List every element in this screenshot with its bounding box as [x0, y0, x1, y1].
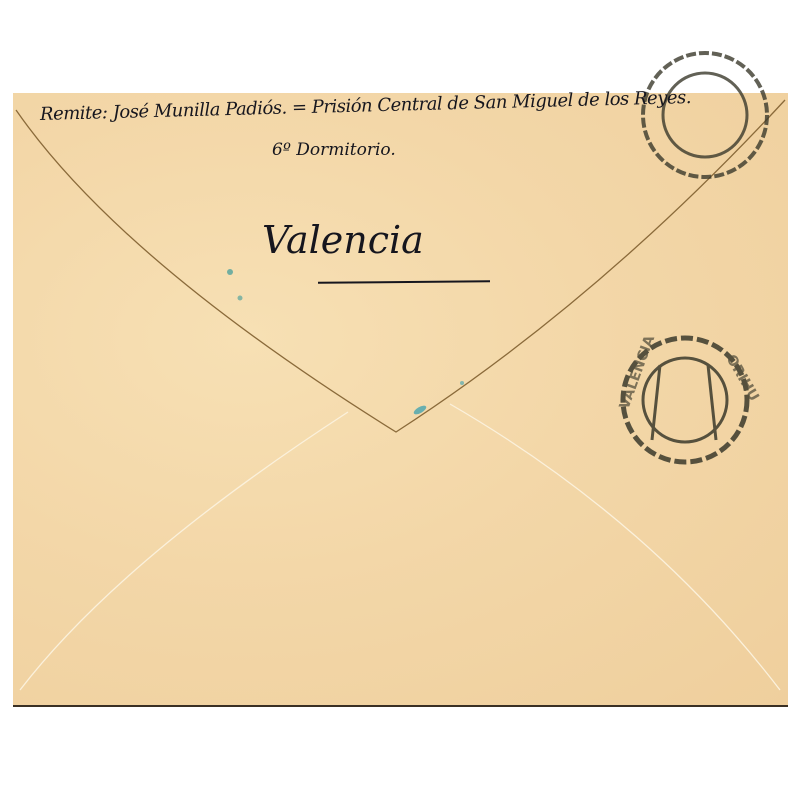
svg-text:ORIHU: ORIHU	[723, 352, 762, 404]
postmark-top-right	[643, 53, 767, 177]
postmark-right-middle: VALENCIA ORIHU	[617, 333, 762, 462]
destination-city: Valencia	[262, 218, 424, 262]
dormitory-line: 6º Dormitorio.	[272, 140, 396, 160]
